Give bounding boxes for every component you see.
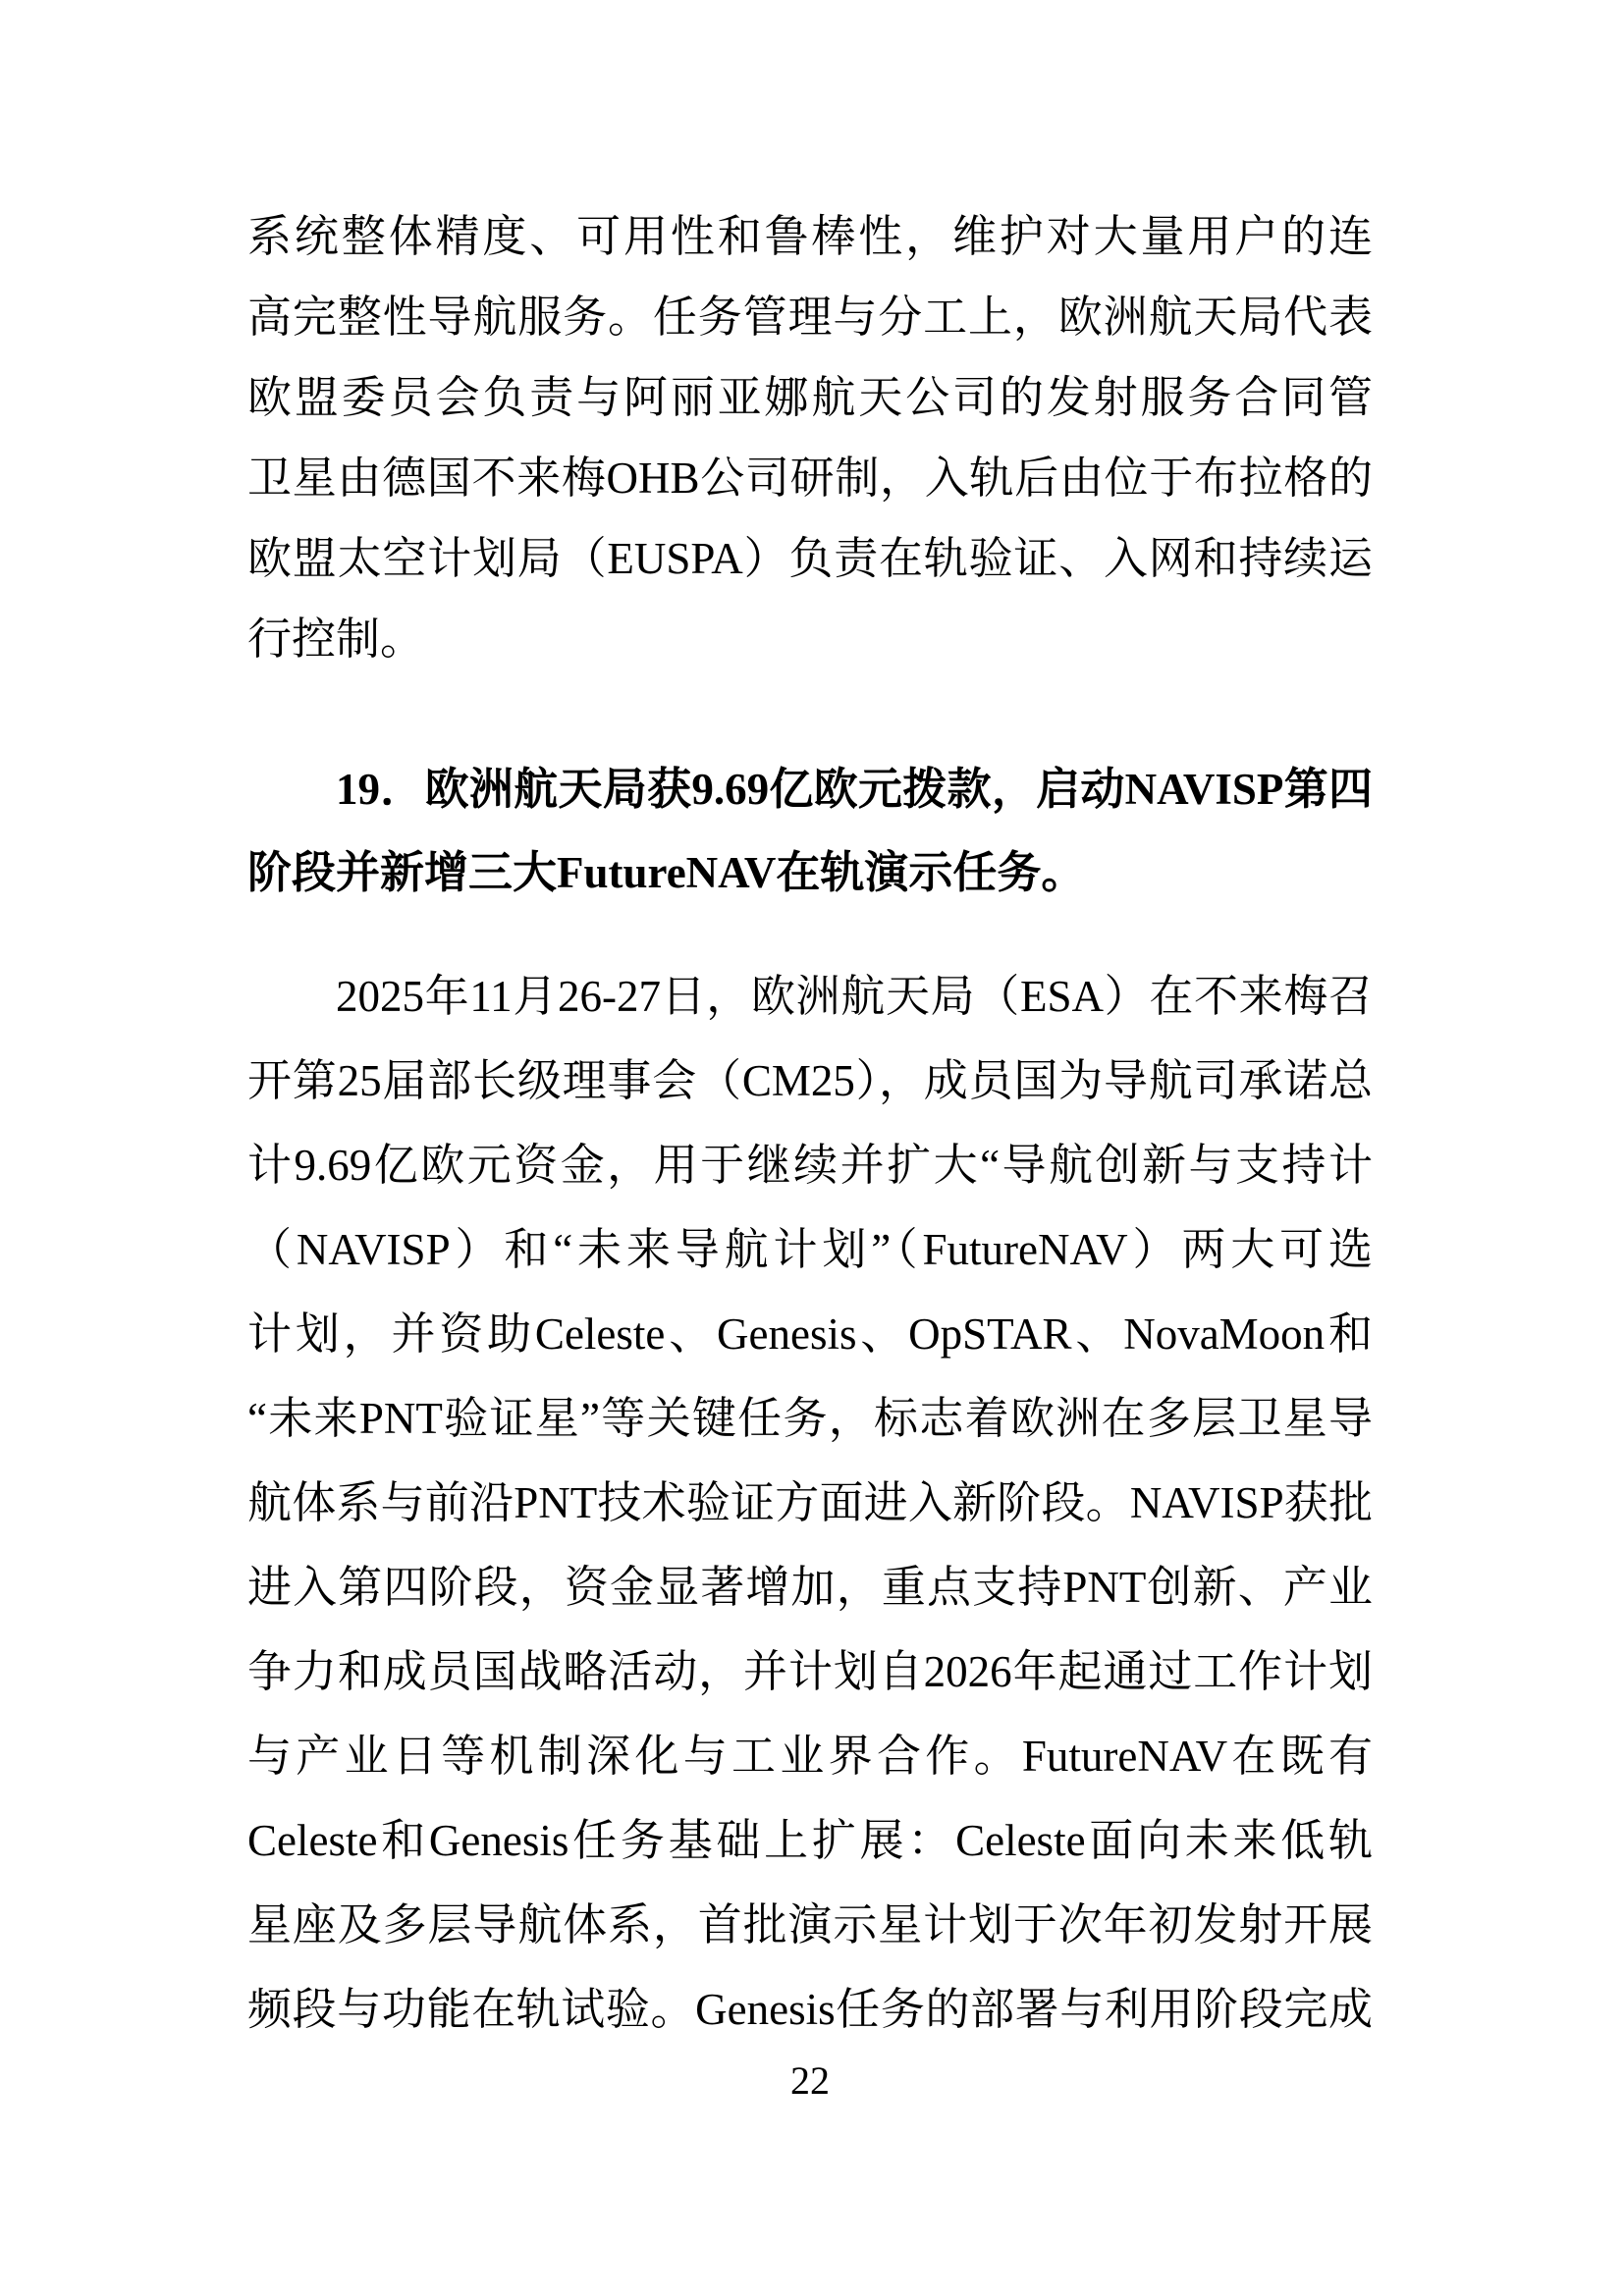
text-line: 高完整性导航服务。任务管理与分工上，欧洲航天局代表: [247, 277, 1373, 357]
text-line: 卫星由德国不来梅OHB公司研制，入轨后由位于布拉格的: [247, 438, 1373, 518]
heading-line: 阶段并新增三大FutureNAV在轨演示任务。: [247, 831, 1373, 915]
text-line: 频段与功能在轨试验。Genesis任务的部署与利用阶段完成: [247, 1967, 1373, 2052]
text-line: 开第25届部长级理事会（CM25），成员国为导航司承诺总: [247, 1039, 1373, 1123]
paragraph-continuation: 系统整体精度、可用性和鲁棒性，维护对大量用户的连续、 高完整性导航服务。任务管理…: [247, 196, 1373, 679]
text-line: 进入第四阶段，资金显著增加，重点支持PNT创新、产业竞: [247, 1545, 1373, 1629]
text-line: 航体系与前沿PNT技术验证方面进入新阶段。NAVISP获批: [247, 1461, 1373, 1545]
text-line: 争力和成员国战略活动，并计划自2026年起通过工作计划: [247, 1629, 1373, 1714]
text-line: “未来PNT验证星”等关键任务，标志着欧洲在多层卫星导: [247, 1376, 1373, 1461]
text-line: （NAVISP）和“未来导航计划”（FutureNAV）两大可选: [247, 1207, 1373, 1292]
text-line: 系统整体精度、可用性和鲁棒性，维护对大量用户的连续、: [247, 196, 1373, 277]
text-line: 欧盟委员会负责与阿丽亚娜航天公司的发射服务合同管理，: [247, 357, 1373, 438]
text-line: 计划，并资助Celeste、Genesis、OpSTAR、NovaMoon和: [247, 1292, 1373, 1376]
text-line: Celeste和Genesis任务基础上扩展：Celeste面向未来低轨PNT: [247, 1798, 1373, 1883]
document-page: 系统整体精度、可用性和鲁棒性，维护对大量用户的连续、 高完整性导航服务。任务管理…: [0, 0, 1624, 2296]
text-line: 星座及多层导航体系，首批演示星计划于次年初发射开展: [247, 1883, 1373, 1967]
paragraph-body: 2025年11月26-27日，欧洲航天局（ESA）在不来梅召 开第25届部长级理…: [247, 954, 1373, 2052]
heading-line: 19．欧洲航天局获9.69亿欧元拨款，启动NAVISP第四: [247, 748, 1373, 831]
text-line: 行控制。: [247, 599, 1373, 679]
section-heading-19: 19．欧洲航天局获9.69亿欧元拨款，启动NAVISP第四 阶段并新增三大Fut…: [247, 748, 1373, 915]
text-line: 计9.69亿欧元资金，用于继续并扩大“导航创新与支持计划”: [247, 1123, 1373, 1207]
text-line: 欧盟太空计划局（EUSPA）负责在轨验证、入网和持续运: [247, 518, 1373, 599]
text-line: 2025年11月26-27日，欧洲航天局（ESA）在不来梅召: [247, 954, 1373, 1039]
page-number: 22: [247, 2059, 1373, 2103]
text-line: 与产业日等机制深化与工业界合作。FutureNAV在既有: [247, 1714, 1373, 1798]
